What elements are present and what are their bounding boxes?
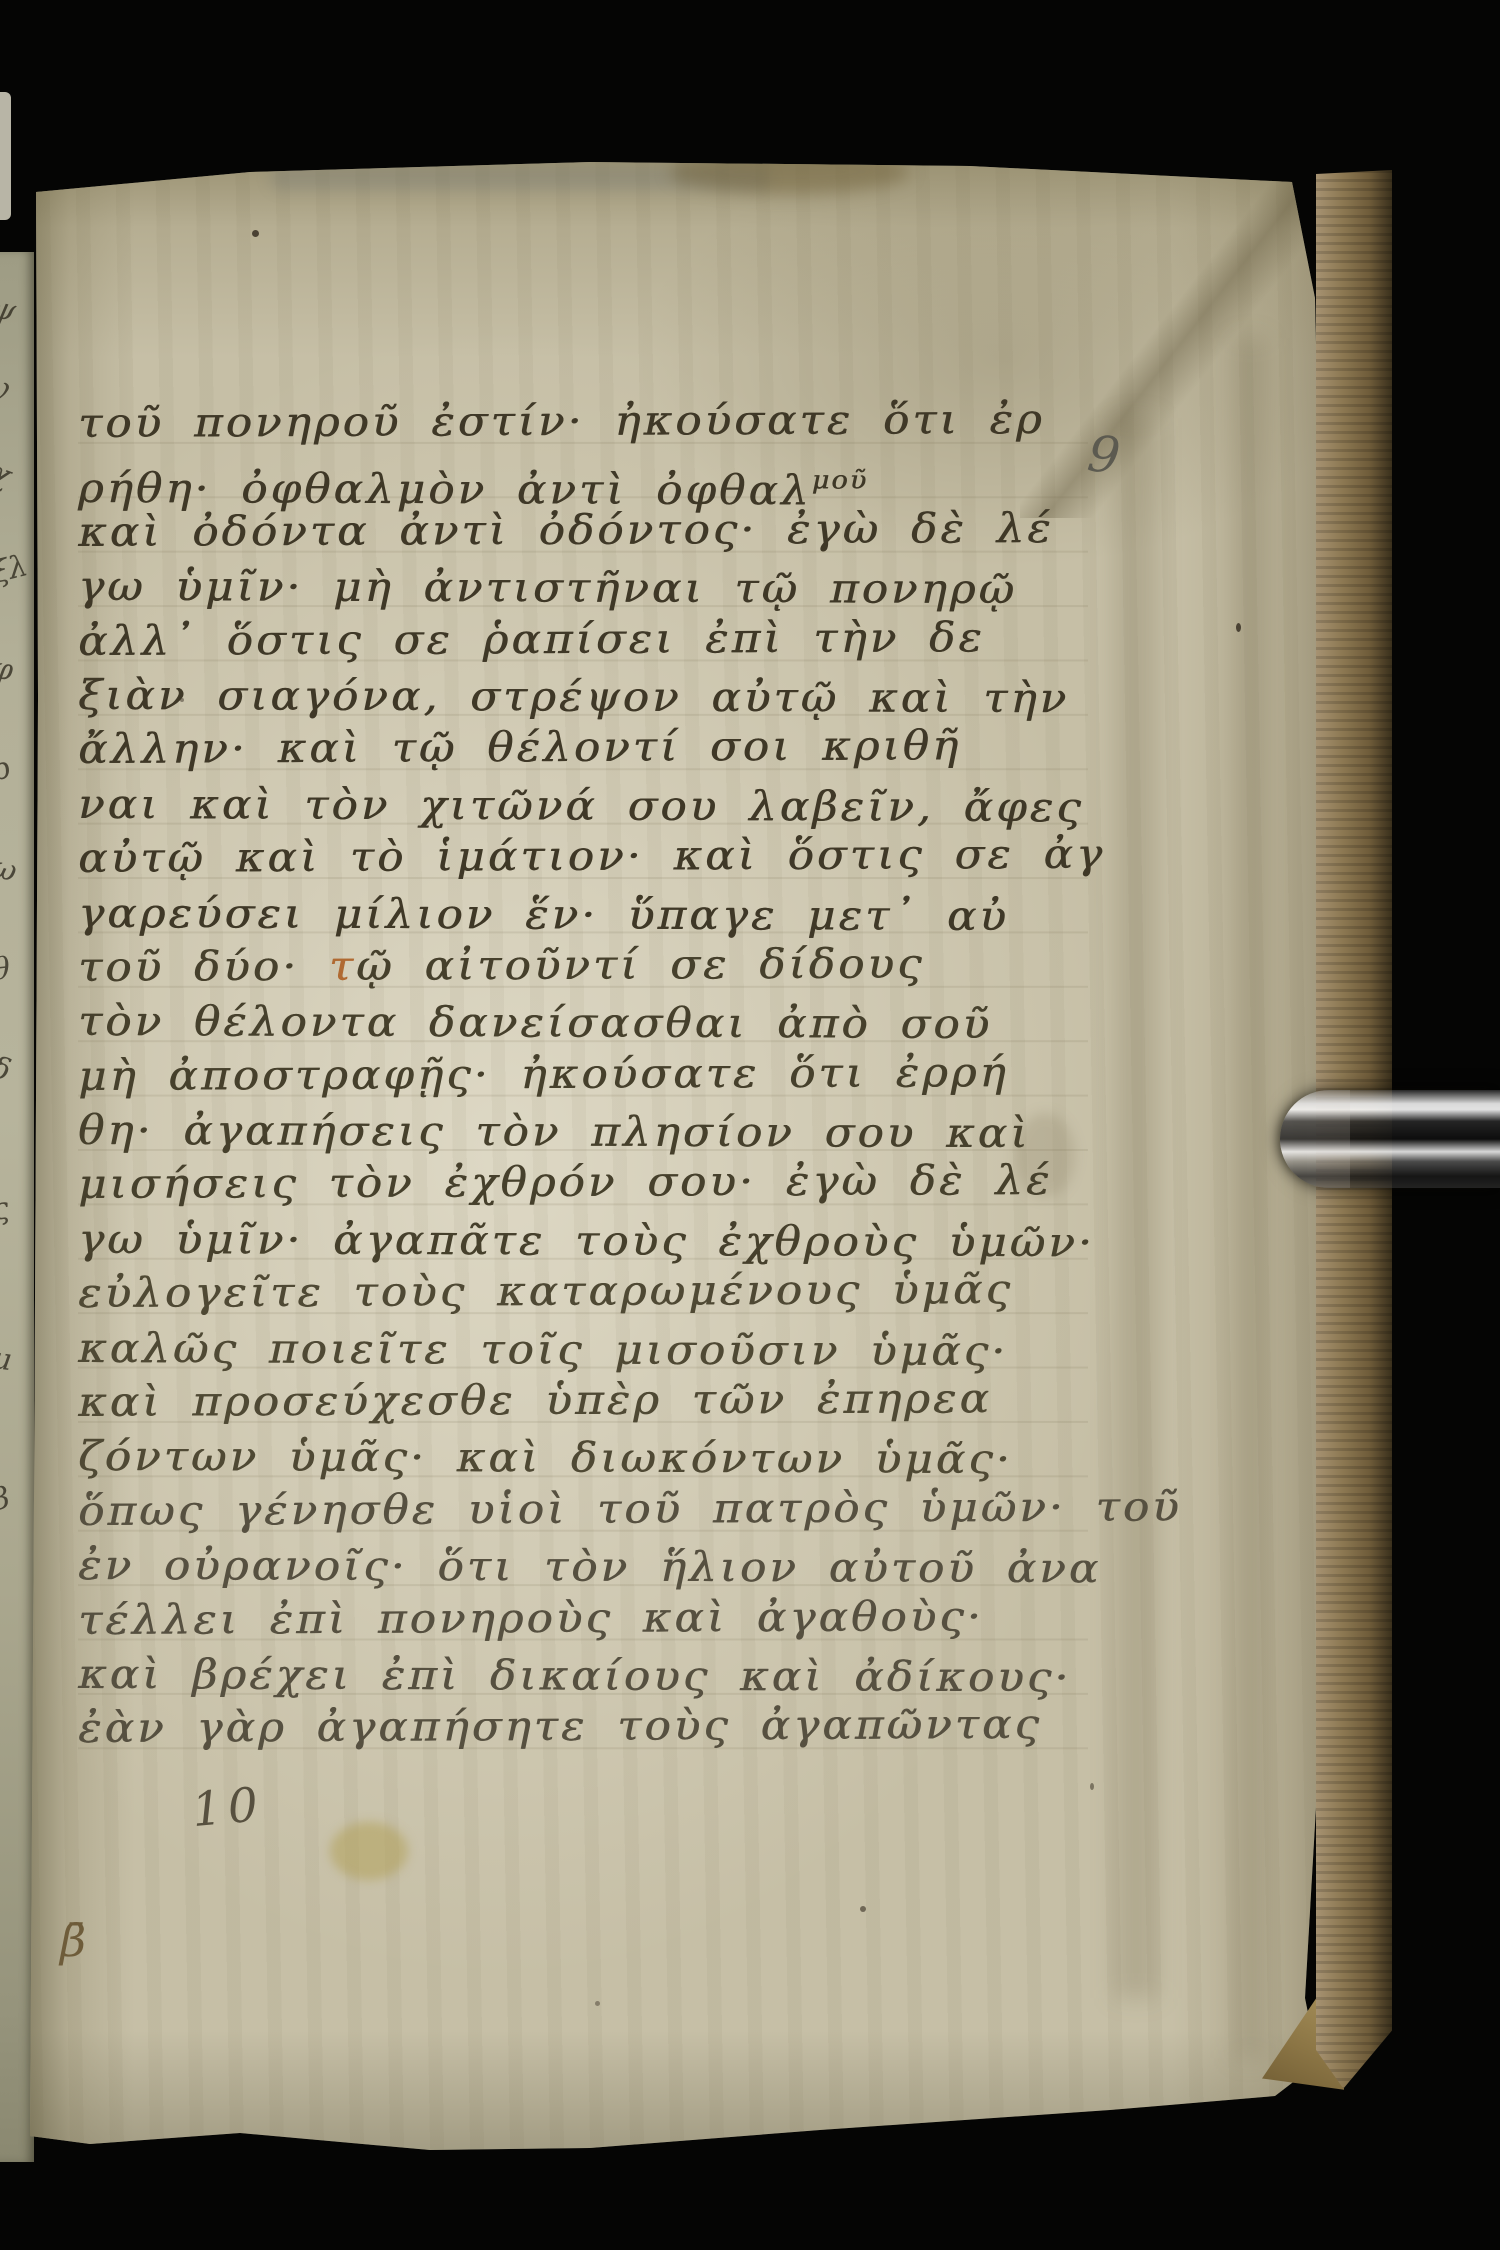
edge-letter-fragment: ν <box>0 371 13 408</box>
text-line: τέλλει ἐπὶ πονηροὺς καὶ ἀγαθοὺς· <box>78 1588 1149 1647</box>
folio-number: 10 <box>190 1777 266 1838</box>
text-line: ζόντων ὑμᾶς· καὶ διωκόντων ὑμᾶς· <box>78 1429 1149 1487</box>
edge-letter-fragment: φ <box>0 651 16 689</box>
text-line: τοῦ δύο· τῷ αἰτοῦντί σε δίδους <box>78 935 1149 994</box>
rubricated-initial: τ <box>329 942 356 990</box>
ink-speck <box>1236 623 1241 632</box>
text-line: καὶ ὀδόντα ἀντὶ ὀδόντος· ἐγὼ δὲ λέ <box>78 500 1149 559</box>
manuscript-photo: ψ ν χ ξλ φ ρ ω θ δ ς μ β 9 τοῦ πονηροῦ ἐ… <box>0 0 1500 2250</box>
text-line: ναι καὶ τὸν χιτῶνά σου λαβεῖν, ἄφες <box>78 777 1149 835</box>
ink-speck <box>1090 1783 1094 1790</box>
text-block: τοῦ πονηροῦ ἐστίν· ἠκούσατε ὅτι ἐρ ρήθη·… <box>78 396 1088 1756</box>
edge-letter-fragment: ξλ <box>0 548 31 591</box>
text-line: ἀλλ᾽ ὅστις σε ῥαπίσει ἐπὶ τὴν δε <box>78 609 1149 668</box>
manuscript-leaf: 9 τοῦ πονηροῦ ἐστίν· ἠκούσατε ὅτι ἐρ ρήθ… <box>30 158 1342 2150</box>
text-line: γω ὑμῖν· ἀγαπᾶτε τοὺς ἐχθροὺς ὑμῶν· <box>78 1212 1149 1270</box>
edge-letter-fragment: ρ <box>0 750 15 789</box>
text-line: μισήσεις τὸν ἐχθρόν σου· ἐγὼ δὲ λέ <box>78 1153 1149 1212</box>
text-line: καὶ βρέχει ἐπὶ δικαίους καὶ ἀδίκους· <box>78 1647 1149 1705</box>
stain <box>330 1822 408 1880</box>
edge-letter-fragment: μ <box>0 1341 14 1378</box>
edge-letter-fragment: ς <box>0 1191 12 1229</box>
parchment-crease <box>1235 338 1265 2058</box>
text-line-part: ῷ αἰτοῦντί σε δίδους <box>356 939 925 989</box>
text-line: γαρεύσει μίλιον ἕν· ὕπαγε μετ᾽ αὐ <box>78 886 1149 944</box>
text-line: τοῦ πονηροῦ ἐστίν· ἠκούσατε ὅτι ἐρ <box>78 392 1149 451</box>
edge-letter-fragment: θ <box>0 951 12 988</box>
text-line: ἐὰν γὰρ ἀγαπήσητε τοὺς ἀγαπῶντας <box>78 1697 1149 1756</box>
glass-page-weight-rod <box>1280 1090 1500 1188</box>
text-line: καλῶς ποιεῖτε τοῖς μισοῦσιν ὑμᾶς· <box>78 1321 1149 1379</box>
text-line: τὸν θέλοντα δανείσασθαι ἀπὸ σοῦ <box>78 994 1149 1052</box>
text-line: γω ὑμῖν· μὴ ἀντιστῆναι τῷ πονηρῷ <box>78 559 1149 617</box>
facing-page-edge: ψ ν χ ξλ φ ρ ω θ δ ς μ β <box>0 252 34 2162</box>
text-line: ρήθη· ὀφθαλμὸν ἀντὶ ὀφθαλμοῦ <box>78 450 1149 508</box>
text-line: καὶ προσεύχεσθε ὑπὲρ τῶν ἐπηρεα <box>78 1371 1149 1430</box>
edge-letter-fragment: β <box>0 1481 12 1518</box>
ink-speck <box>860 1906 866 1912</box>
text-line-part: τοῦ δύο· <box>78 942 329 991</box>
text-line: εὐλογεῖτε τοὺς καταρωμένους ὑμᾶς <box>78 1262 1149 1321</box>
edge-letter-fragment: χ <box>0 455 16 494</box>
ink-speck <box>252 230 259 237</box>
text-line: ὅπως γένησθε υἱοὶ τοῦ πατρὸς ὑμῶν· τοῦ <box>78 1479 1149 1538</box>
text-line: μὴ ἀποστραφῇς· ἠκούσατε ὅτι ἐρρή <box>78 1044 1149 1103</box>
text-line: ἐν οὐρανοῖς· ὅτι τὸν ἥλιον αὐτοῦ ἀνα <box>78 1538 1149 1596</box>
superscript-letters: μοῦ <box>812 465 869 495</box>
edge-letter-fragment: ψ <box>0 290 19 329</box>
stain <box>670 150 910 194</box>
text-line: αὐτῷ καὶ τὸ ἱμάτιον· καὶ ὅστις σε ἀγ <box>78 827 1149 886</box>
edge-letter-fragment: δ <box>0 1050 15 1089</box>
ink-speck <box>595 2001 600 2006</box>
text-line: ἄλλην· καὶ τῷ θέλοντί σοι κριθῆ <box>78 718 1149 777</box>
text-line: ξιὰν σιαγόνα, στρέψον αὐτῷ καὶ τὴν <box>78 668 1149 726</box>
quire-signature: β̄ <box>60 1914 86 1967</box>
edge-letter-fragment: ω <box>0 850 20 890</box>
page-edge-sliver <box>0 92 11 220</box>
